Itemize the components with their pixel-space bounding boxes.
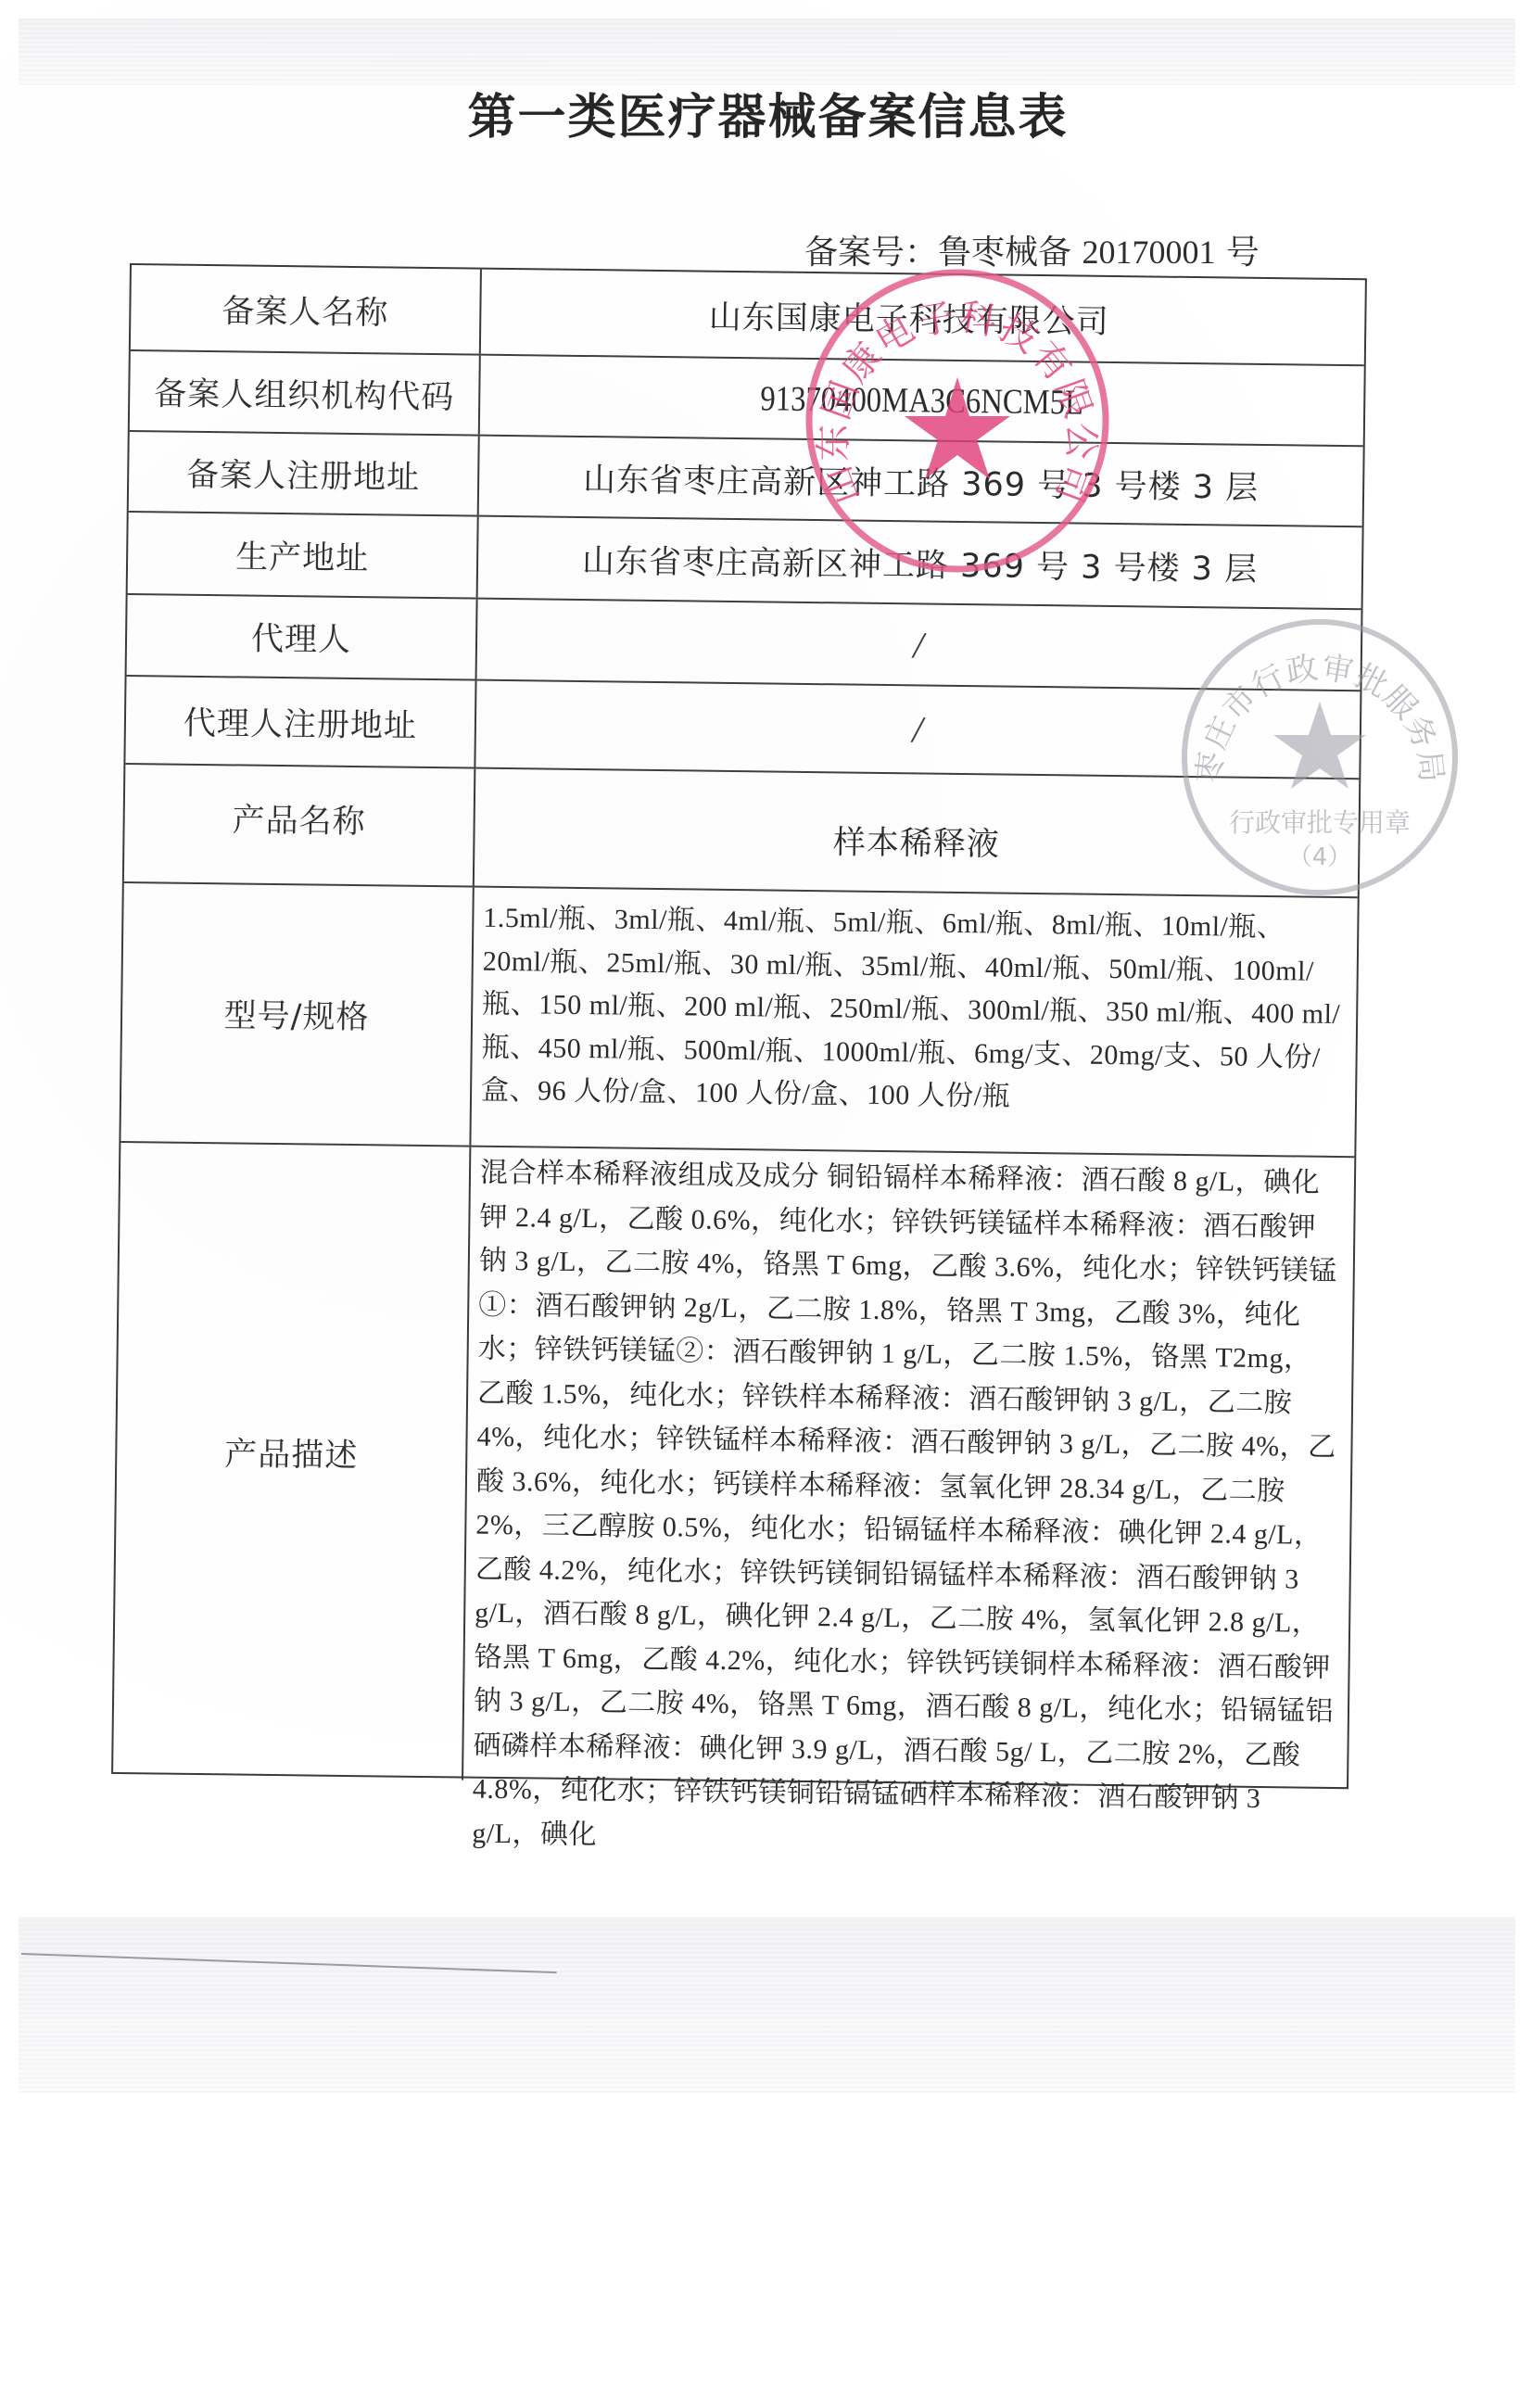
row-value: 1.5ml/瓶、3ml/瓶、4ml/瓶、5ml/瓶、6ml/瓶、8ml/瓶、10… [471, 888, 1357, 1157]
table-row-product-name: 产品名称 样本稀释液 [124, 765, 1359, 898]
filing-info-table: 备案人名称 山东国康电子科技有限公司 备案人组织机构代码 91370400MA3… [111, 263, 1367, 1789]
row-label: 产品名称 [124, 765, 476, 886]
row-label: 生产地址 [128, 513, 479, 598]
row-label: 代理人注册地址 [125, 677, 476, 767]
row-value: / [475, 681, 1360, 779]
row-value: / [477, 600, 1361, 691]
table-row-filer-name: 备案人名称 山东国康电子科技有限公司 [131, 265, 1365, 366]
row-label: 备案人组织机构代码 [130, 351, 481, 435]
row-label: 备案人名称 [131, 265, 482, 354]
table-row-product-description: 产品描述 混合样本稀释液组成及成分 铜铅镉样本稀释液：酒石酸 8 g/L，碘化钾… [113, 1143, 1354, 1791]
filing-number: 备案号：鲁枣械备 20170001 号 [804, 226, 1260, 273]
table-row-registered-address: 备案人注册地址 山东省枣庄高新区神工路 369 号 3 号楼 3 层 [129, 432, 1363, 527]
filing-number-suffix: 号 [1215, 234, 1259, 272]
row-value: 山东省枣庄高新区神工路 369 号 3 号楼 3 层 [479, 437, 1363, 526]
filing-number-value: 20170001 [1082, 234, 1215, 271]
row-label: 备案人注册地址 [129, 432, 480, 515]
table-row-agent-address: 代理人注册地址 / [125, 677, 1360, 779]
row-value: 样本稀释液 [475, 769, 1359, 897]
row-value: 91370400MA3C6NCM5L [541, 356, 1302, 444]
table-row-production-address: 生产地址 山东省枣庄高新区神工路 369 号 3 号楼 3 层 [128, 513, 1362, 610]
table-row-model-spec: 型号/规格 1.5ml/瓶、3ml/瓶、4ml/瓶、5ml/瓶、6ml/瓶、8m… [120, 883, 1357, 1158]
table-row-org-code: 备案人组织机构代码 91370400MA3C6NCM5L [130, 351, 1364, 447]
title-text: 第一类医疗器械备案信息表 [467, 90, 1068, 146]
document-title: 第一类医疗器械备案信息表 [0, 78, 1532, 147]
filing-number-prefix: 鲁枣械备 [938, 234, 1082, 272]
row-label: 代理人 [127, 595, 478, 679]
table-row-agent: 代理人 / [127, 595, 1361, 691]
row-label: 型号/规格 [120, 883, 474, 1146]
row-value: 山东国康电子科技有限公司 [481, 270, 1365, 365]
row-value: 混合样本稀释液组成及成分 铜铅镉样本稀释液：酒石酸 8 g/L，碘化钾 2.4 … [463, 1147, 1354, 1792]
row-value: 山东省枣庄高新区神工路 369 号 3 号楼 3 层 [478, 517, 1362, 609]
row-label: 产品描述 [113, 1143, 471, 1781]
filing-number-label: 备案号： [804, 234, 938, 272]
